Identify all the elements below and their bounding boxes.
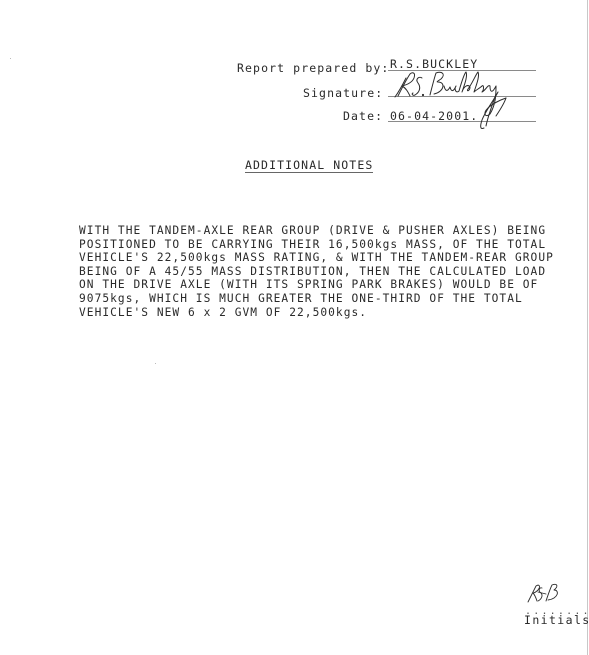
- prepared-by-value: R.S.BUCKLEY: [390, 57, 478, 71]
- notes-line: WITH THE TANDEM-AXLE REAR GROUP (DRIVE &…: [79, 224, 559, 238]
- notes-line: VEHICLE'S 22,500kgs MASS RATING, & WITH …: [79, 251, 559, 265]
- date-line: [388, 121, 536, 122]
- signature-line: [388, 96, 536, 97]
- scan-speck: [10, 58, 11, 59]
- page-edge: [587, 0, 588, 655]
- prepared-by-label: Report prepared by:: [237, 61, 389, 75]
- notes-line: ON THE DRIVE AXLE (WITH ITS SPRING PARK …: [79, 278, 559, 292]
- initials-handwriting: [526, 582, 562, 606]
- prepared-by-line: [388, 70, 536, 71]
- notes-line: BEING OF A 45/55 MASS DISTRIBUTION, THEN…: [79, 265, 559, 279]
- notes-line: 9075kgs, WHICH IS MUCH GREATER THE ONE-T…: [79, 292, 559, 306]
- scan-speck: [155, 363, 156, 364]
- signature-label: Signature:: [303, 86, 383, 100]
- initials-label: Initials: [524, 613, 589, 627]
- date-label: Date:: [343, 109, 383, 123]
- notes-body: WITH THE TANDEM-AXLE REAR GROUP (DRIVE &…: [79, 224, 559, 319]
- section-title: ADDITIONAL NOTES: [245, 158, 373, 173]
- notes-line: POSITIONED TO BE CARRYING THEIR 16,500kg…: [79, 238, 559, 252]
- notes-line: VEHICLE'S NEW 6 x 2 GVM OF 22,500kgs.: [79, 306, 559, 320]
